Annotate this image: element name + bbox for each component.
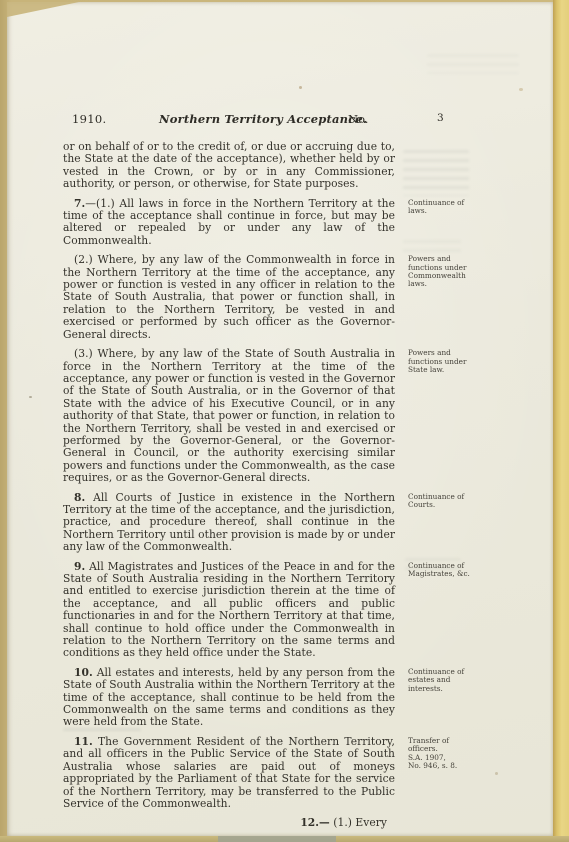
margin-note: Continuance of Magistrates, &c. — [408, 562, 470, 579]
paragraph: 8. All Courts of Justice in existence in… — [63, 492, 395, 554]
catchword-text: (1.) Every — [333, 816, 387, 829]
page-corner-wedge — [7, 2, 79, 17]
header-no-label: No. — [348, 112, 368, 126]
foxing-speck — [519, 88, 523, 91]
paragraph: or on behalf of or to the credit of, or … — [63, 141, 395, 191]
paragraph: (2.) Where, by any law of the Commonweal… — [63, 254, 395, 341]
paragraph-text: All estates and interests, held by any p… — [63, 666, 395, 729]
foxing-speck — [495, 772, 498, 775]
paragraph: (3.) Where, by any law of the State of S… — [63, 348, 395, 484]
catchword-number: 12.— — [300, 816, 329, 829]
paragraph-text: Where, by any law of the State of South … — [63, 347, 395, 484]
paragraph-text: All Courts of Justice in existence in th… — [63, 491, 395, 554]
margin-note: Continuance of Courts. — [408, 493, 470, 510]
section-number: (3.) — [74, 347, 97, 360]
scanned-document: 1910. Northern Territory Acceptance. No.… — [0, 0, 569, 842]
paragraph-text: or on behalf of or to the credit of, or … — [63, 140, 395, 190]
paragraph-text: The Government Resident of the Northern … — [63, 735, 395, 810]
bleed-through-ghost — [403, 150, 469, 196]
paragraph: 10. All estates and interests, held by a… — [63, 667, 395, 729]
section-number: 7.—(1.) — [74, 197, 119, 210]
margin-note: Continuance of estates and interests. — [408, 668, 470, 693]
margin-note: Powers and functions under State law. — [408, 349, 470, 374]
section-number: (2.) — [74, 253, 98, 266]
foxing-speck — [299, 86, 302, 89]
document-body: or on behalf of or to the credit of, or … — [63, 141, 395, 830]
margin-note: Transfer of officers. S.A. 1907, No. 946… — [408, 737, 470, 771]
header-page-number: 3 — [437, 112, 444, 124]
foxing-speck — [29, 396, 32, 398]
page-edge-bottom-patch — [218, 836, 336, 842]
bleed-through-ghost — [427, 54, 519, 74]
paragraph: 9. All Magistrates and Justices of the P… — [63, 561, 395, 660]
page-edge-right — [553, 0, 569, 842]
margin-note: Continuance of laws. — [408, 199, 470, 216]
catchword: 12.— (1.) Every — [63, 817, 395, 829]
header-title: Northern Territory Acceptance. — [159, 112, 367, 126]
section-number: 8. — [74, 491, 93, 504]
section-number: 11. — [74, 735, 98, 748]
page-header: 1910. Northern Territory Acceptance. No.… — [7, 112, 553, 130]
paragraph-text: Where, by any law of the Commonwealth in… — [63, 253, 395, 340]
margin-note: Powers and functions under Commonwealth … — [408, 255, 470, 289]
header-year: 1910. — [72, 112, 106, 126]
paragraph: 11. The Government Resident of the North… — [63, 736, 395, 810]
paragraph-text: All Magistrates and Justices of the Peac… — [63, 560, 395, 660]
section-number: 9. — [74, 560, 89, 573]
section-number: 10. — [74, 666, 97, 679]
document-page: 1910. Northern Territory Acceptance. No.… — [7, 2, 553, 837]
paragraph: 7.—(1.) All laws in force in the Norther… — [63, 198, 395, 248]
